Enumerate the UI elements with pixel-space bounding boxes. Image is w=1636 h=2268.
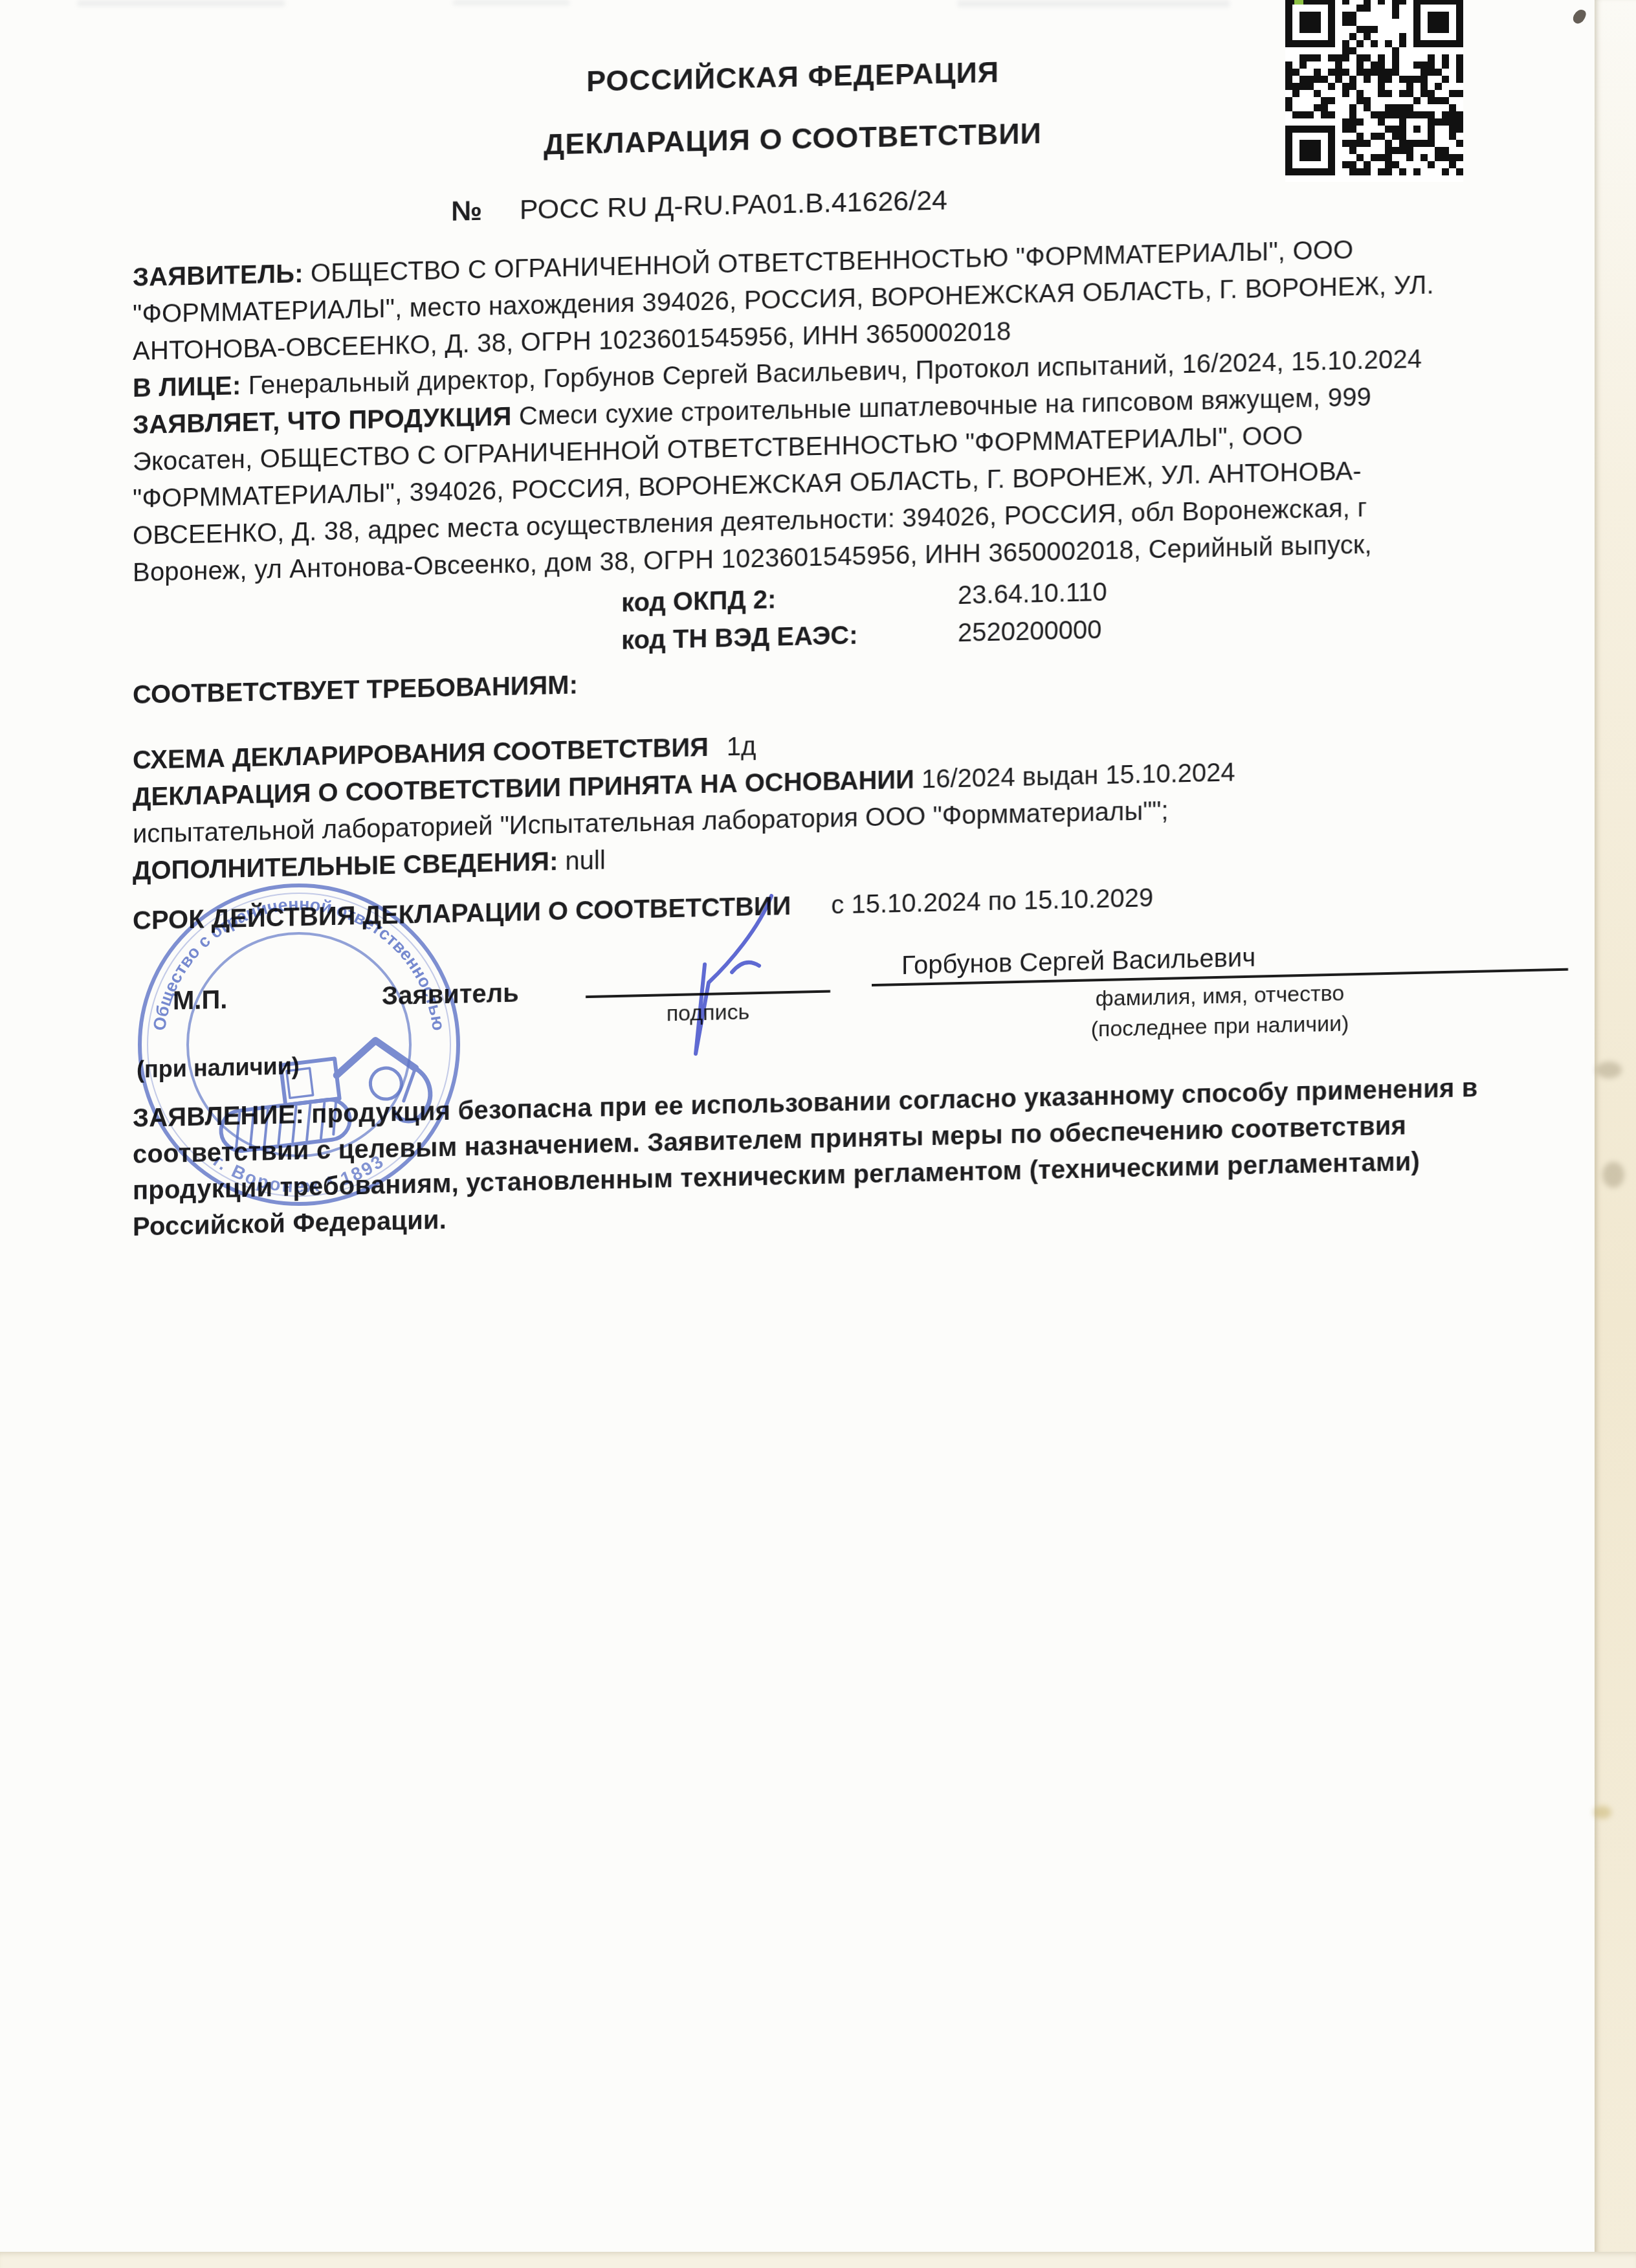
declares-label: ЗАЯВЛЯЕТ, ЧТО ПРОДУКЦИЯ <box>133 403 512 439</box>
scan-smudge <box>1602 1162 1624 1188</box>
company-stamp: Общество с ограниченной ответственностью… <box>135 880 463 1209</box>
declaration-number: РОСС RU Д-RU.РА01.В.41626/24 <box>520 184 947 225</box>
okpd-code-value: 23.64.10.110 <box>958 578 1107 610</box>
basis-value: 16/2024 выдан 15.10.2024 <box>922 758 1235 794</box>
scheme-value: 1д <box>727 732 757 761</box>
scan-artifact <box>453 0 569 5</box>
in-person-label: В ЛИЦЕ: <box>133 372 241 403</box>
paper-right-edge <box>1595 0 1636 2268</box>
scan-smudge <box>1593 1806 1611 1819</box>
fio-group: Горбунов Сергей Васильевич фамилия, имя,… <box>872 913 1568 1047</box>
excavator-icon <box>212 1035 434 1153</box>
declares-paragraph: ЗАЯВЛЯЕТ, ЧТО ПРОДУКЦИЯ Смеси сухие стро… <box>133 376 1488 592</box>
scan-smudge <box>1596 1062 1622 1078</box>
additional-value: null <box>565 846 605 875</box>
scan-artifact <box>958 0 1230 7</box>
stamp-ring-text-top: Общество с ограниченной ответственностью <box>149 895 448 1032</box>
tnved-code-value: 2520200000 <box>958 616 1101 647</box>
country-title: РОССИЙСКАЯ ФЕДЕРАЦИЯ <box>133 45 1453 109</box>
dirt-speck <box>1571 7 1587 25</box>
validity-value: с 15.10.2024 по 15.10.2029 <box>831 884 1153 919</box>
document-title: ДЕКЛАРАЦИЯ О СООТВЕТСТВИИ <box>133 107 1453 171</box>
declaration-number-line: №РОСС RU Д-RU.РА01.В.41626/24 <box>133 172 1488 235</box>
tnved-code-label: код ТН ВЭД ЕАЭС: <box>621 614 958 660</box>
main-paragraphs: ЗАЯВИТЕЛЬ: ОБЩЕСТВО С ОГРАНИЧЕННОЙ ОТВЕТ… <box>133 228 1488 592</box>
number-sign: № <box>451 195 482 227</box>
scan-artifact <box>78 0 285 6</box>
applicant-label: ЗАЯВИТЕЛЬ: <box>133 260 304 292</box>
scheme-basis-block: СХЕМА ДЕКЛАРИРОВАНИЯ СООТВЕТСТВИЯ1д ДЕКЛ… <box>133 711 1488 890</box>
signature-stroke <box>631 878 845 1091</box>
paper-bottom-edge <box>0 2252 1636 2268</box>
declaration-document: РОССИЙСКАЯ ФЕДЕРАЦИЯ ДЕКЛАРАЦИЯ О СООТВЕ… <box>0 0 1636 2268</box>
